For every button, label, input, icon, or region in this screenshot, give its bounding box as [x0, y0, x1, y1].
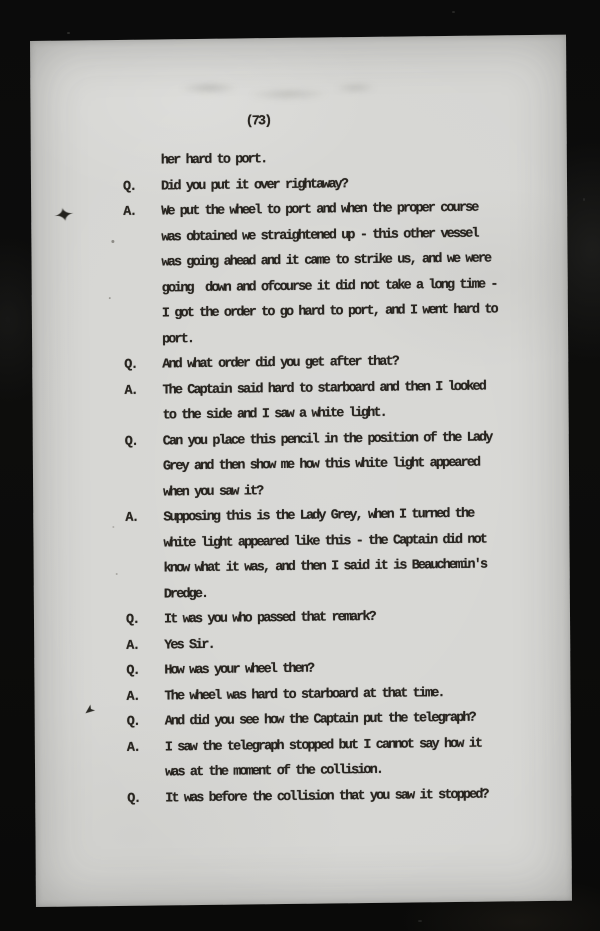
speaker-label: Q. [124, 352, 162, 378]
page-number: (73) [246, 114, 271, 129]
speaker-label: Q. [127, 709, 165, 735]
speaker-label [126, 556, 164, 582]
transcript-line: Q. It was before the collision that you … [127, 781, 552, 812]
transcript: her hard to port. Q. Did you put it over… [123, 144, 553, 812]
speaker-label [127, 760, 165, 786]
pen-star-mark-icon: ✦ [43, 203, 85, 228]
speaker-label: Q. [127, 786, 165, 812]
pen-tick-mark-icon: ➤ [77, 698, 103, 723]
speaker-label: A. [126, 633, 164, 659]
line-text: It was before the collision that you saw… [165, 781, 552, 811]
speaker-label: A. [126, 684, 164, 710]
paper-speck [116, 573, 118, 575]
speaker-label [125, 531, 163, 557]
scanned-photo-background: (73) ✦ ➤ her hard to port. Q. Did you pu… [0, 0, 600, 931]
speaker-label: Q. [126, 607, 164, 633]
dust-speck [452, 11, 455, 13]
speaker-label [123, 148, 161, 174]
paper-speck [111, 240, 114, 243]
ink-bleed-smudge [170, 71, 385, 110]
speaker-label [123, 250, 161, 276]
speaker-label [125, 480, 163, 506]
speaker-label [124, 301, 162, 327]
speaker-label: A. [127, 735, 165, 761]
speaker-label: A. [125, 505, 163, 531]
dust-speck [583, 198, 585, 201]
speaker-label: Q. [123, 174, 161, 200]
paper-speck [109, 297, 111, 299]
document-page: (73) ✦ ➤ her hard to port. Q. Did you pu… [30, 35, 572, 907]
speaker-label [125, 454, 163, 480]
speaker-label: A. [124, 378, 162, 404]
speaker-label [124, 276, 162, 302]
speaker-label [123, 225, 161, 251]
dust-speck [418, 920, 422, 922]
dust-speck [67, 32, 70, 34]
paper-speck [112, 526, 114, 528]
speaker-label [124, 327, 162, 353]
speaker-label: Q. [126, 658, 164, 684]
speaker-label: Q. [125, 429, 163, 455]
speaker-label [125, 403, 163, 429]
speaker-label: A. [123, 199, 161, 225]
speaker-label [126, 582, 164, 608]
